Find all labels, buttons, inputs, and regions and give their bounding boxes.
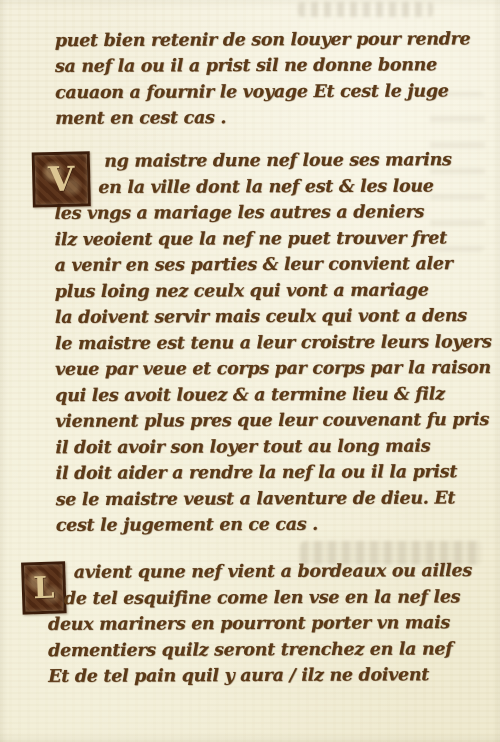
manuscript-line: en la ville dont la nef est & les loue bbox=[54, 173, 474, 201]
manuscript-line: il doit avoir son loyer tout au long mai… bbox=[55, 433, 475, 461]
manuscript-line: la doivent servir mais ceulx qui vont a … bbox=[55, 303, 475, 331]
manuscript-line: ilz veoient que la nef ne puet trouver f… bbox=[54, 225, 474, 253]
manuscript-line: plus loing nez ceulx qui vont a mariage bbox=[55, 277, 475, 305]
manuscript-line: veue par veue et corps par corps par la … bbox=[55, 355, 475, 383]
manuscript-line: de tel esquifine come len vse en la nef … bbox=[48, 584, 468, 612]
manuscript-line: puet bien retenir de son louyer pour ren… bbox=[55, 26, 475, 54]
manuscript-paragraph: L avient qune nef vient a bordeaux ou ai… bbox=[48, 558, 469, 690]
manuscript-paragraph: V ng maistre dune nef loue ses marins en… bbox=[54, 147, 476, 539]
manuscript-line: sa nef la ou il a prist sil ne donne bon… bbox=[55, 52, 475, 80]
manuscript-line: ment en cest cas . bbox=[55, 104, 475, 132]
manuscript-line: les vngs a mariage les autres a deniers bbox=[54, 199, 474, 227]
manuscript-line: cest le jugement en ce cas . bbox=[56, 511, 476, 539]
manuscript-line: Et de tel pain quil y aura / ilz ne doiv… bbox=[48, 662, 468, 690]
manuscript-line: cauaon a fournir le voyage Et cest le ju… bbox=[55, 78, 475, 106]
manuscript-line: ng maistre dune nef loue ses marins bbox=[54, 147, 474, 175]
manuscript-line: viennent plus pres que leur couvenant fu… bbox=[55, 407, 475, 435]
manuscript-line: il doit aider a rendre la nef la ou il l… bbox=[56, 459, 476, 487]
manuscript-line: dementiers quilz seront trenchez en la n… bbox=[48, 636, 468, 664]
manuscript-paragraph: puet bien retenir de son louyer pour ren… bbox=[55, 26, 475, 132]
text-block: puet bien retenir de son louyer pour ren… bbox=[0, 0, 500, 689]
manuscript-line: deux mariners en pourront porter vn mais bbox=[48, 610, 468, 638]
manuscript-line: se le maistre veust a laventure de dieu.… bbox=[56, 485, 476, 513]
manuscript-page: puet bien retenir de son louyer pour ren… bbox=[0, 0, 500, 742]
manuscript-line: a venir en ses parties & leur convient a… bbox=[55, 251, 475, 279]
manuscript-line: avient qune nef vient a bordeaux ou aill… bbox=[48, 558, 468, 586]
manuscript-line: qui les avoit louez & a termine lieu & f… bbox=[55, 381, 475, 409]
manuscript-line: le maistre est tenu a leur croistre leur… bbox=[55, 329, 475, 357]
